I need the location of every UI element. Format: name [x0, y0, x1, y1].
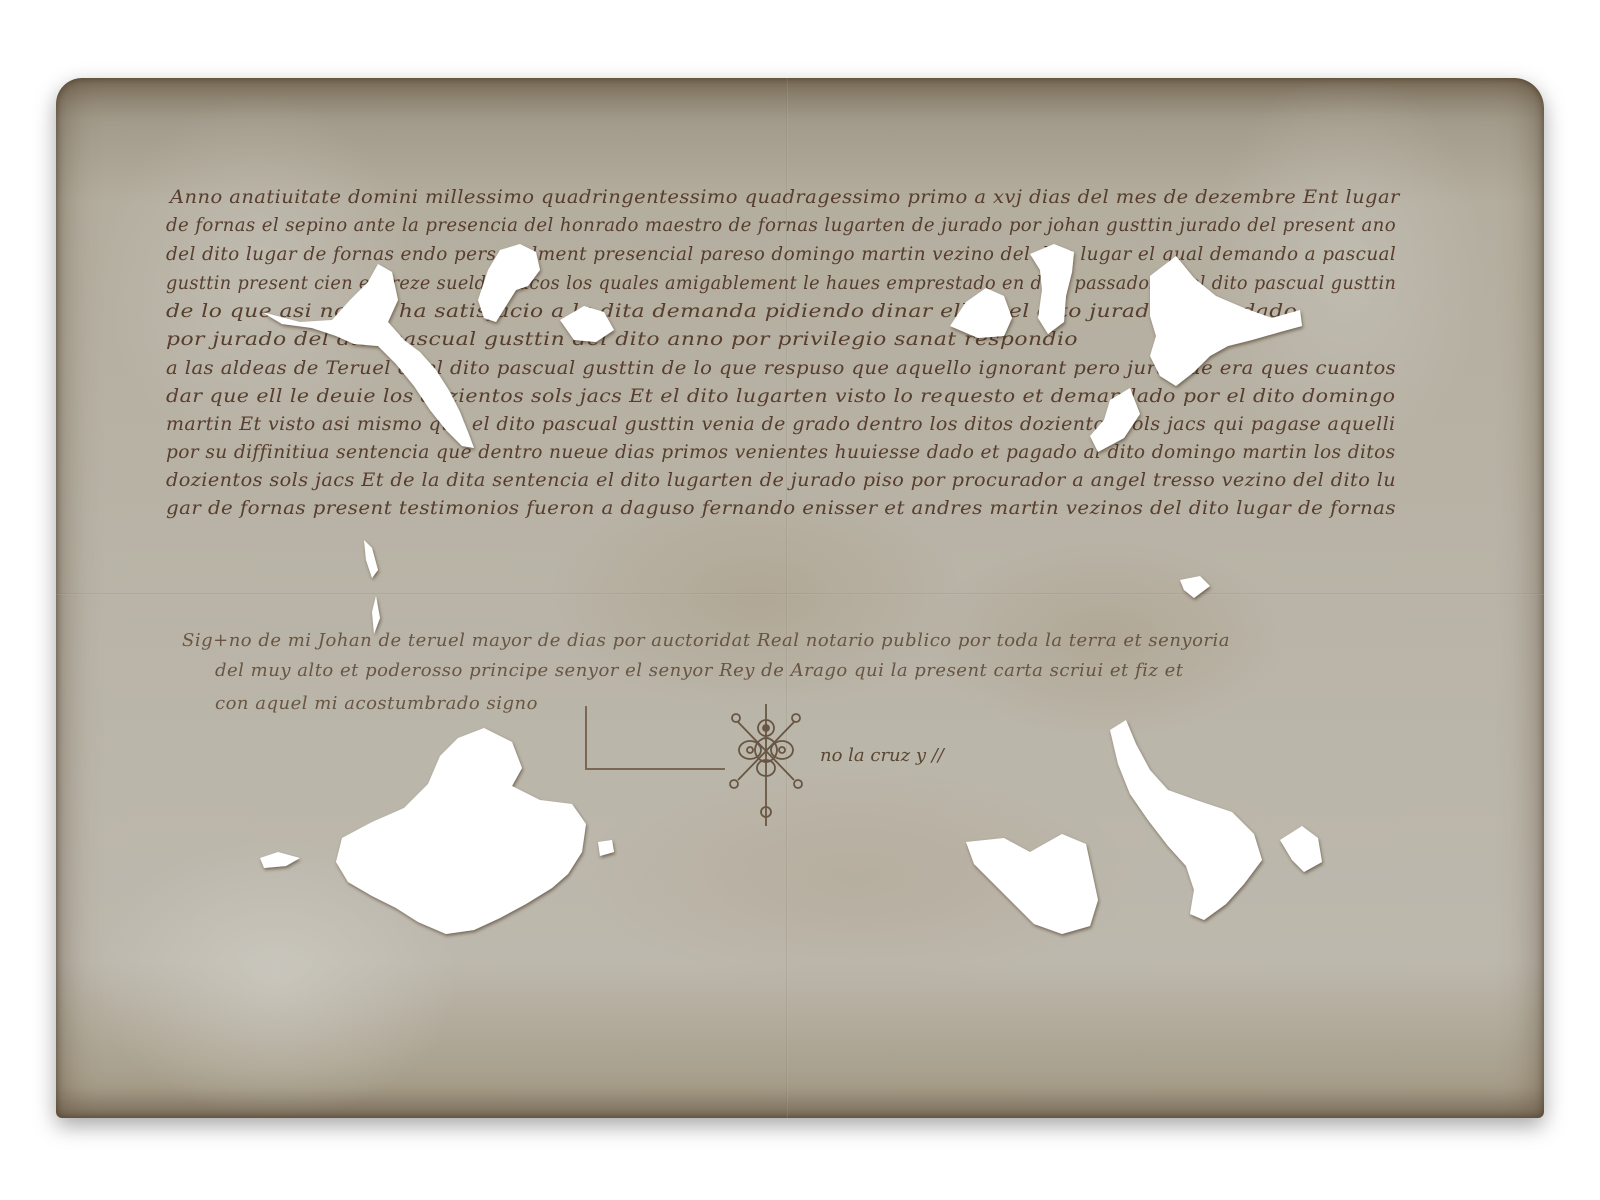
text-line: por su diffinitiua sentencia que dentro …: [166, 441, 1396, 463]
text-line: dozientos sols jacs Et de la dita senten…: [166, 469, 1396, 491]
signum-bracket: [585, 706, 725, 770]
horizontal-fold-crease: [56, 593, 1544, 595]
text-line: Anno anatiuitate domini millessimo quadr…: [170, 186, 1400, 208]
text-line: martin Et visto asi mismo que el dito pa…: [166, 413, 1396, 435]
text-line: a las aldeas de Teruel et el dito pascua…: [166, 357, 1396, 379]
subscription-line: con aquel mi acostumbrado signo: [215, 693, 538, 714]
text-line: por jurado del dito pascual gusttin del …: [166, 328, 1078, 350]
text-line: gar de fornas present testimonios fueron…: [166, 497, 1396, 519]
text-line: de fornas el sepino ante la presencia de…: [166, 214, 1396, 236]
text-line: gusttin present cien et treze sueldos ja…: [166, 272, 1396, 294]
subscription-line: del muy alto et poderosso principe senyo…: [215, 660, 1183, 681]
notary-signum-icon: [718, 700, 814, 830]
text-line: dar que ell le deuie los dozientos sols …: [166, 385, 1395, 407]
text-line: del dito lugar de fornas endo personalme…: [166, 243, 1396, 265]
signum-annotation: no la cruz y //: [820, 745, 944, 766]
text-line: de lo que asi no fue ha satisfacio a la …: [166, 300, 1297, 322]
subscription-line: Sig+no de mi Johan de teruel mayor de di…: [182, 630, 1230, 651]
